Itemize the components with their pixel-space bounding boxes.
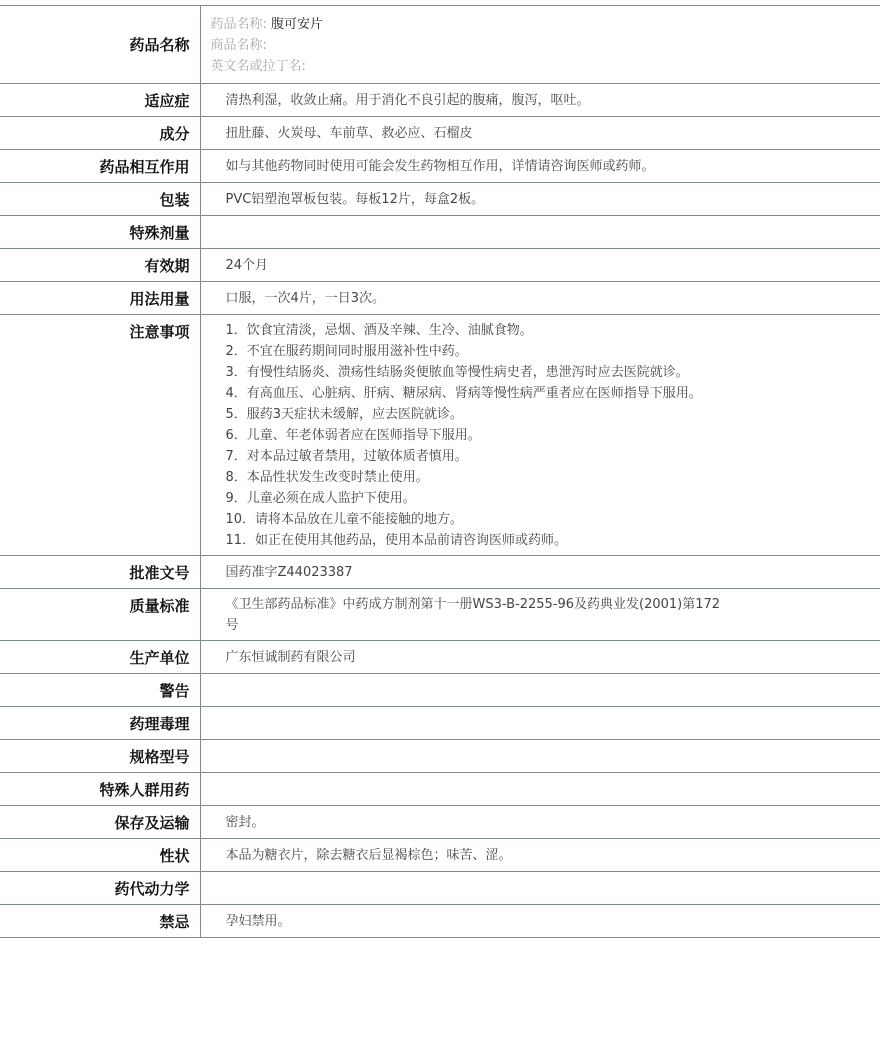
- row-label: 规格型号: [0, 740, 200, 773]
- list-item: 1．饮食宜清淡，忌烟、酒及辛辣、生冷、油腻食物。: [226, 320, 880, 341]
- row-value: 《卫生部药品标准》中药成方制剂第十一册WS3-B-2255-96及药典业发(20…: [200, 589, 880, 641]
- list-item: 4．有高血压、心脏病、肝病、糖尿病、肾病等慢性病严重者应在医师指导下服用。: [226, 383, 880, 404]
- row-description: 性状 本品为糖衣片，除去糖衣后显褐棕色；味苦、涩。: [0, 839, 880, 872]
- row-label: 警告: [0, 674, 200, 707]
- row-label: 特殊人群用药: [0, 773, 200, 806]
- row-packaging: 包装 PVC铝塑泡罩板包装。每板12片，每盒2板。: [0, 183, 880, 216]
- row-value: 1．饮食宜清淡，忌烟、酒及辛辣、生冷、油腻食物。 2．不宜在服药期间同时服用滋补…: [200, 315, 880, 556]
- row-label: 包装: [0, 183, 200, 216]
- list-item: 2．不宜在服药期间同时服用滋补性中药。: [226, 341, 880, 362]
- list-item: 6．儿童、年老体弱者应在医师指导下服用。: [226, 425, 880, 446]
- row-shelf-life: 有效期 24个月: [0, 249, 880, 282]
- row-value: 广东恒诚制药有限公司: [200, 641, 880, 674]
- row-value: 清热利湿，收敛止痛。用于消化不良引起的腹痛，腹泻，呕吐。: [200, 84, 880, 117]
- drug-spec-table: 药品名称 药品名称: 腹可安片 商品名称: 英文名或拉丁名:: [0, 5, 880, 938]
- row-label: 用法用量: [0, 282, 200, 315]
- row-label: 药品相互作用: [0, 150, 200, 183]
- row-label: 批准文号: [0, 556, 200, 589]
- english-name-line: 英文名或拉丁名:: [211, 56, 880, 77]
- row-value: [200, 872, 880, 905]
- quality-standard-text: 《卫生部药品标准》中药成方制剂第十一册WS3-B-2255-96及药典业发(20…: [226, 594, 726, 636]
- row-label: 特殊剂量: [0, 216, 200, 249]
- row-label: 有效期: [0, 249, 200, 282]
- row-label: 性状: [0, 839, 200, 872]
- row-special-populations: 特殊人群用药: [0, 773, 880, 806]
- row-storage: 保存及运输 密封。: [0, 806, 880, 839]
- row-manufacturer: 生产单位 广东恒诚制药有限公司: [0, 641, 880, 674]
- trade-name-key: 商品名称:: [211, 38, 267, 53]
- row-pharmacokinetics: 药代动力学: [0, 872, 880, 905]
- drug-name-block: 药品名称: 腹可安片 商品名称: 英文名或拉丁名:: [201, 6, 880, 83]
- row-warning: 警告: [0, 674, 880, 707]
- row-specification: 规格型号: [0, 740, 880, 773]
- list-item: 10．请将本品放在儿童不能接触的地方。: [226, 509, 880, 530]
- list-item: 11．如正在使用其他药品，使用本品前请咨询医师或药师。: [226, 530, 880, 551]
- list-item: 3．有慢性结肠炎、溃疡性结肠炎便脓血等慢性病史者，患泄泻时应去医院就诊。: [226, 362, 880, 383]
- row-ingredients: 成分 扭肚藤、火炭母、车前草、救必应、石榴皮: [0, 117, 880, 150]
- row-label: 适应症: [0, 84, 200, 117]
- list-item: 9．儿童必须在成人监护下使用。: [226, 488, 880, 509]
- row-label: 保存及运输: [0, 806, 200, 839]
- row-value: [200, 740, 880, 773]
- row-value: [200, 707, 880, 740]
- generic-name-key: 药品名称:: [211, 17, 267, 32]
- row-label: 药理毒理: [0, 707, 200, 740]
- row-value: 口服，一次4片，一日3次。: [200, 282, 880, 315]
- row-label: 药代动力学: [0, 872, 200, 905]
- row-value: 药品名称: 腹可安片 商品名称: 英文名或拉丁名:: [200, 6, 880, 84]
- row-value: [200, 674, 880, 707]
- row-indications: 适应症 清热利湿，收敛止痛。用于消化不良引起的腹痛，腹泻，呕吐。: [0, 84, 880, 117]
- row-label: 注意事项: [0, 315, 200, 556]
- row-quality-standard: 质量标准 《卫生部药品标准》中药成方制剂第十一册WS3-B-2255-96及药典…: [0, 589, 880, 641]
- drug-spec-sheet: 药品名称 药品名称: 腹可安片 商品名称: 英文名或拉丁名:: [0, 5, 880, 938]
- row-value: 密封。: [200, 806, 880, 839]
- row-label: 成分: [0, 117, 200, 150]
- row-drug-name: 药品名称 药品名称: 腹可安片 商品名称: 英文名或拉丁名:: [0, 6, 880, 84]
- row-dosage: 用法用量 口服，一次4片，一日3次。: [0, 282, 880, 315]
- row-label: 药品名称: [0, 6, 200, 84]
- row-value: PVC铝塑泡罩板包装。每板12片，每盒2板。: [200, 183, 880, 216]
- list-item: 5．服药3天症状未缓解，应去医院就诊。: [226, 404, 880, 425]
- row-value: [200, 216, 880, 249]
- row-special-dosage: 特殊剂量: [0, 216, 880, 249]
- row-value: 24个月: [200, 249, 880, 282]
- row-value: 本品为糖衣片，除去糖衣后显褐棕色；味苦、涩。: [200, 839, 880, 872]
- row-contraindications: 禁忌 孕妇禁用。: [0, 905, 880, 938]
- row-label: 质量标准: [0, 589, 200, 641]
- row-pharmacology-toxicology: 药理毒理: [0, 707, 880, 740]
- generic-name-line: 药品名称: 腹可安片: [211, 14, 880, 35]
- precautions-list: 1．饮食宜清淡，忌烟、酒及辛辣、生冷、油腻食物。 2．不宜在服药期间同时服用滋补…: [226, 320, 880, 551]
- list-item: 8．本品性状发生改变时禁止使用。: [226, 467, 880, 488]
- row-value: 国药准字Z44023387: [200, 556, 880, 589]
- row-precautions: 注意事项 1．饮食宜清淡，忌烟、酒及辛辣、生冷、油腻食物。 2．不宜在服药期间同…: [0, 315, 880, 556]
- row-value: [200, 773, 880, 806]
- row-label: 生产单位: [0, 641, 200, 674]
- list-item: 7．对本品过敏者禁用，过敏体质者慎用。: [226, 446, 880, 467]
- row-approval-number: 批准文号 国药准字Z44023387: [0, 556, 880, 589]
- trade-name-line: 商品名称:: [211, 35, 880, 56]
- row-label: 禁忌: [0, 905, 200, 938]
- row-drug-interactions: 药品相互作用 如与其他药物同时使用可能会发生药物相互作用，详情请咨询医师或药师。: [0, 150, 880, 183]
- english-name-key: 英文名或拉丁名:: [211, 59, 306, 74]
- row-value: 孕妇禁用。: [200, 905, 880, 938]
- row-value: 如与其他药物同时使用可能会发生药物相互作用，详情请咨询医师或药师。: [200, 150, 880, 183]
- generic-name-value: 腹可安片: [271, 17, 323, 32]
- row-value: 扭肚藤、火炭母、车前草、救必应、石榴皮: [200, 117, 880, 150]
